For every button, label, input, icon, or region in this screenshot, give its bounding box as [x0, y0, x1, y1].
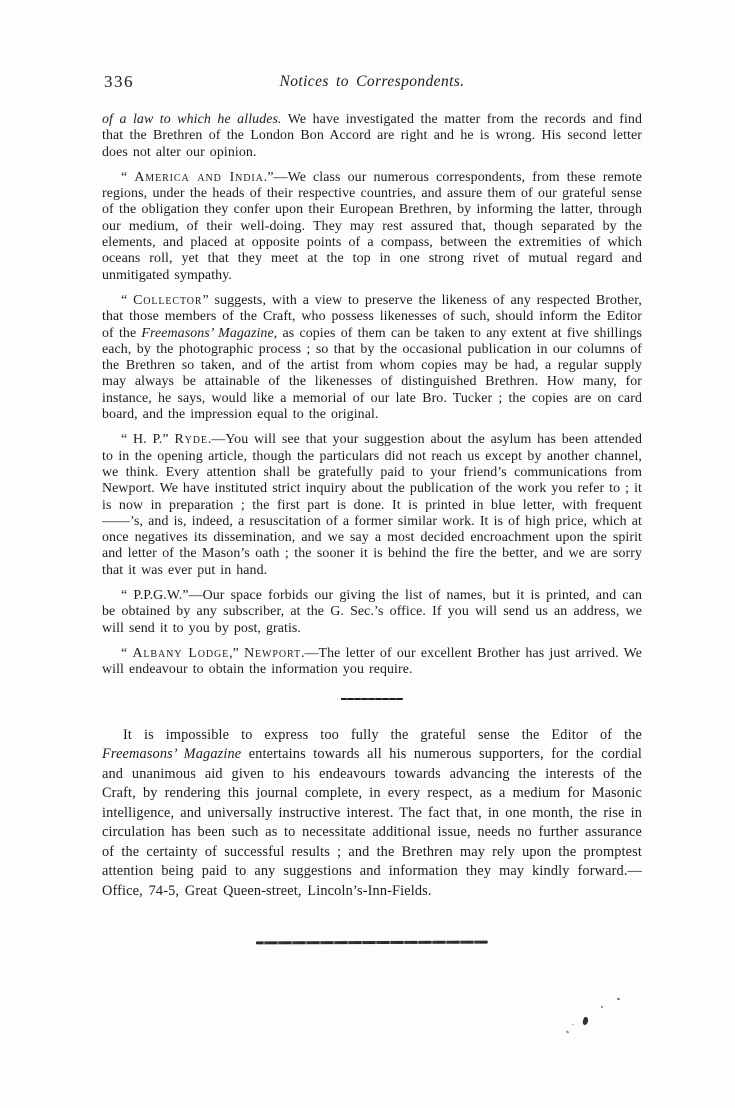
correspondent-name: Albany Lodge	[132, 646, 229, 661]
scan-speck	[566, 1030, 570, 1033]
magazine-title-italic: Freemasons’ Magazine	[102, 746, 241, 762]
notice-paragraph-america-and-india: “ America and India.”—We class our numer…	[102, 170, 642, 284]
open-quote: “ H. P.”	[121, 432, 174, 447]
open-quote: “	[121, 170, 134, 185]
scan-speck	[572, 1024, 574, 1025]
editor-note-paragraph: It is impossible to express too fully th…	[102, 726, 642, 902]
correspondent-location: Newport	[244, 646, 301, 661]
magazine-title-italic: Freemasons’ Magazine	[141, 326, 273, 341]
notice-italic-lead: of a law to which he alludes.	[102, 112, 282, 127]
page-header: 336 Notices to Correspondents.	[102, 72, 642, 96]
ornamental-end-rule	[256, 941, 488, 945]
notice-text: ,”	[229, 646, 244, 661]
editor-note-text: entertains towards all his numerous supp…	[102, 746, 642, 899]
notice-paragraph-ppgw: “ P.P.G.W.”—Our space forbids our giving…	[102, 588, 642, 637]
correspondent-name: Collector	[133, 293, 202, 308]
open-quote: “	[121, 646, 132, 661]
scanned-document-page: { "page": { "number": "336", "running_he…	[0, 0, 735, 1108]
notice-text: .”—We class our numerous correspondents,…	[102, 170, 642, 283]
scan-speck	[617, 997, 621, 1000]
section-divider-rule	[341, 698, 403, 700]
notice-paragraph-collector: “ Collector” suggests, with a view to pr…	[102, 293, 642, 423]
correspondent-name: America and India	[134, 170, 263, 185]
notice-paragraph-continuation: of a law to which he alludes. We have in…	[102, 112, 642, 161]
correspondent-name: Ryde	[174, 432, 207, 447]
scan-speck	[582, 1016, 589, 1025]
editor-note-text: It is impossible to express too fully th…	[123, 727, 642, 743]
notice-paragraph-hp-ryde: “ H. P.” Ryde.—You will see that your su…	[102, 432, 642, 579]
page-body: 336 Notices to Correspondents. of a law …	[0, 0, 735, 944]
notice-text: .—You will see that your suggestion abou…	[102, 432, 642, 577]
scan-speck	[601, 1006, 603, 1008]
open-quote: “	[121, 293, 133, 308]
notice-paragraph-albany-lodge: “ Albany Lodge,” Newport.—The letter of …	[102, 646, 642, 679]
running-head-title: Notices to Correspondents.	[102, 73, 642, 91]
notice-text: “ P.P.G.W.”—Our space forbids our giving…	[102, 588, 642, 636]
